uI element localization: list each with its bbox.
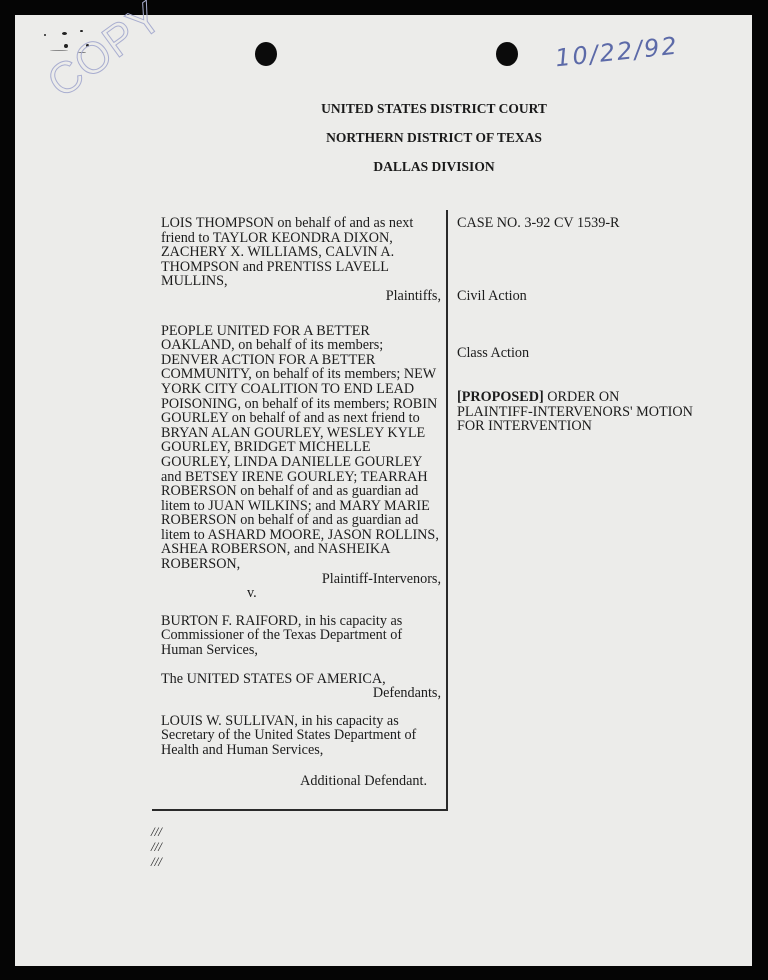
versus: v. <box>161 586 441 601</box>
defendants-label: Defendants, <box>161 686 441 701</box>
court-name: UNITED STATES DISTRICT COURT <box>0 101 768 117</box>
case-number: CASE NO. 3-92 CV 1539-R <box>457 216 697 231</box>
case-caption-parties: LOIS THOMPSON on behalf of and as next f… <box>161 216 441 788</box>
plaintiffs-label: Plaintiffs, <box>161 289 441 304</box>
court-district: NORTHERN DISTRICT OF TEXAS <box>0 130 768 146</box>
continuation-mark: /// <box>151 839 162 854</box>
continuation-marks: /// /// /// <box>151 824 162 869</box>
continuation-mark: /// <box>151 824 162 839</box>
defendant-raiford: BURTON F. RAIFORD, in his capacity as Co… <box>161 614 441 658</box>
court-division: DALLAS DIVISION <box>0 159 768 175</box>
defendant-usa: The UNITED STATES OF AMERICA, <box>161 672 441 687</box>
additional-defendant-label: Additional Defendant. <box>161 774 441 789</box>
intervenors-text: PEOPLE UNITED FOR A BETTER OAKLAND, on b… <box>161 324 441 572</box>
defendant-sullivan: LOUIS W. SULLIVAN, in his capacity as Se… <box>161 714 441 758</box>
document-title-proposed: [PROPOSED] <box>457 389 544 405</box>
caption-divider-vertical <box>446 210 448 811</box>
intervenors-label: Plaintiff-Intervenors, <box>161 572 441 587</box>
class-action: Class Action <box>457 346 697 361</box>
plaintiffs-text: LOIS THOMPSON on behalf of and as next f… <box>161 216 441 289</box>
punch-hole-right <box>496 42 518 66</box>
continuation-mark: /// <box>151 854 162 869</box>
document-title: [PROPOSED] ORDER ON PLAINTIFF-INTERVENOR… <box>457 390 697 434</box>
punch-hole-left <box>255 42 277 66</box>
civil-action: Civil Action <box>457 289 697 304</box>
caption-divider-horizontal <box>152 809 448 811</box>
